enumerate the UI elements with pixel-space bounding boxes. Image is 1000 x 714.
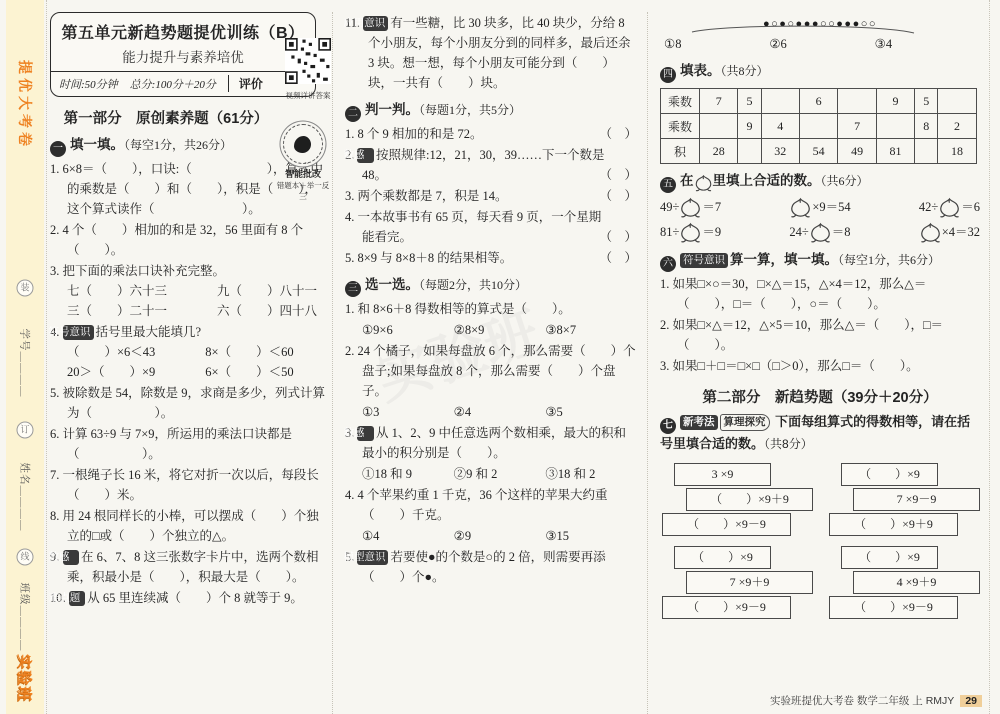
choice-1: 1. 和 8×6＋8 得数相等的算式是（ ）。 (345, 299, 637, 319)
reasoning-badge: 算理探究 (720, 414, 770, 431)
peach-icon (694, 174, 713, 192)
table-row: 积 283254498118 (661, 139, 977, 164)
section6-number-icon: 六 (660, 256, 676, 272)
choice-5-options: ①8②6③4 (660, 34, 980, 54)
equation-box: 7 ×9－9 (853, 488, 980, 511)
equation-box: （ ）×9－9 (662, 596, 791, 619)
qr-caption: 视频详讲答案 (284, 90, 332, 101)
peach-equation-row: 81÷＝9 24÷＝8 ×4＝32 (660, 222, 980, 243)
equation: 42÷＝6 (919, 197, 980, 218)
column-3: ●○●○●●●○○●●●○○ ①8②6③4 四填表。（共8分） 乘数 75695… (647, 12, 986, 714)
peach-icon (919, 222, 942, 243)
answer-paren: （ ） (599, 165, 637, 185)
choice-3-options: ①18 和 9②9 和 2③18 和 2 (345, 464, 637, 484)
problem-1-10: 10. 难点题从 65 里连续减（ ）个 8 就等于 9。 (50, 588, 326, 608)
class-field: 班级＿＿＿＿ (18, 583, 33, 652)
equation-box: （ ）×9－9 (662, 513, 791, 536)
student-id-field: 学号＿＿＿＿ (18, 329, 33, 398)
qr-block: 视频详讲答案 (284, 38, 332, 101)
stamp-icon (283, 124, 323, 164)
competency-badge: 数感 (357, 148, 374, 163)
section1-number-icon: 一 (50, 141, 66, 157)
time-limit: 时间:50分钟 (59, 76, 118, 92)
competency-badge: 数感 (357, 426, 374, 441)
equation-box: （ ）×9＋9 (686, 488, 813, 511)
footer-text: 实验班提优大考卷 数学二年级 上 RMJY (770, 695, 954, 707)
section3-number-icon: 三 (345, 281, 361, 297)
section3-heading: 三选一选。（每题2分，共10分） (345, 273, 637, 297)
equation: ×4＝32 (919, 222, 980, 243)
column-2: 实验班 11. 应用意识有一些糖，比 30 块多，比 40 块少，分给 8 个小… (332, 12, 647, 714)
content-area: 第五单元新趋势题提优训练（B） 能力提升与素养培优 时间:50分钟 总分:100… (48, 0, 986, 714)
box-group-1: 3 ×9 （ ）×9＋9 （ ）×9－9 (660, 461, 813, 536)
equation-box: （ ）×9 (674, 546, 771, 569)
part1-heading: 第一部分 原创素养题（61分） (50, 107, 282, 128)
qr-code-icon (285, 38, 331, 84)
answer-paren: （ ） (599, 186, 637, 206)
section5-number-icon: 五 (660, 177, 676, 193)
competency-badge: 应用意识 (363, 16, 388, 31)
equation-box: 4 ×9＋9 (853, 571, 980, 594)
peach-icon (679, 222, 702, 243)
symbol-2: 2. 如果□×△＝12，△×5＝10，那么△＝（ ），□＝（ ）。 (660, 315, 980, 355)
peach-icon (938, 197, 961, 218)
section4-heading: 四填表。（共8分） (660, 59, 980, 83)
equation-box: 3 ×9 (674, 463, 771, 486)
section2-heading: 二判一判。（每题1分，共5分） (345, 98, 637, 122)
choice-2-options: ①3②4③5 (345, 402, 637, 422)
worksheet-page: 提优大考卷 装 学号＿＿＿＿ 订 姓名＿＿＿＿ 线 班级＿＿＿＿ 实验班 第五单… (0, 0, 1000, 714)
problem-1-6: 6. 计算 63÷9 与 7×9，所运用的乘法口诀都是（ ）。 (50, 424, 326, 464)
judge-3: 3. 两个乘数都是 7，积是 14。（ ） (345, 186, 637, 206)
peach-icon (679, 197, 702, 218)
problem-1-7: 7. 一根绳子长 16 米，将它对折一次以后，每段长（ ）米。 (50, 465, 326, 505)
table-row: 乘数 94782 (661, 114, 977, 139)
section6-heading: 六符号意识算一算，填一填。（每空1分，共6分） (660, 248, 980, 272)
peach-icon (789, 197, 812, 218)
problem-1-11: 11. 应用意识有一些糖，比 30 块多，比 40 块少，分给 8 个小朋友，每… (345, 13, 637, 93)
cut-line (989, 0, 990, 714)
equation: 81÷＝9 (660, 222, 721, 243)
judge-1: 1. 8 个 9 相加的和是 72。（ ） (345, 124, 637, 144)
total-score: 总分:100分＋20分 (130, 76, 216, 92)
box-group-2: （ ）×9 7 ×9－9 （ ）×9＋9 (827, 461, 980, 536)
page-number: 29 (960, 695, 982, 707)
peach-icon (809, 222, 832, 243)
competency-badge: 符号意识 (63, 325, 94, 340)
equation: ×9＝54 (789, 197, 850, 218)
symbol-3: 3. 如果□＋□＝□×□（□＞0），那么□＝（ ）。 (660, 356, 980, 376)
seal-subtitle: 错题本＋举一反三 (274, 180, 332, 202)
problem-1-5: 5. 被除数是 54，除数是 9，求商是多少，列式计算为（ ）。 (50, 383, 326, 423)
choice-1-options: ①9×6②8×9③8×7 (345, 320, 637, 340)
choice-2: 2. 24 个橘子，如果每盘放 6 个，那么需要（ ）个盘子;如果每盘放 8 个… (345, 341, 637, 401)
equation-box: （ ）×9－9 (829, 596, 958, 619)
symbol-1: 1. 如果□×○＝30，□×△＝15，△×4＝12，那么△＝（ ），□＝（ ），… (660, 274, 980, 314)
equation-box-groups: 3 ×9 （ ）×9＋9 （ ）×9－9 （ ）×9 7 ×9－9 （ ）×9＋… (660, 461, 980, 619)
problem-1-9: 9. 数感在 6、7、8 这三张数字卡片中，选两个数相乘，积最小是（ ），积最大… (50, 547, 326, 587)
competency-badge: 符号意识 (680, 253, 728, 268)
section7-heading: 七新考法算理探究 下面每组算式的得数相等，请在括号里填合适的数。（共8分） (660, 412, 980, 455)
peach-equation-row: 49÷＝7 ×9＝54 42÷＝6 (660, 197, 980, 218)
multiplication-table: 乘数 75695 乘数 94782 积 283254498118 (660, 88, 977, 164)
binding-mark-xian: 线 (17, 549, 34, 566)
problem-1-8: 8. 用 24 根同样长的小棒，可以摆成（ ）个独立的□或（ ）个独立的△。 (50, 506, 326, 546)
answer-paren: （ ） (599, 227, 637, 247)
choice-3: 3. 数感从 1、2、9 中任意选两个数相乘，最大的积和最小的积分别是（ ）。 (345, 423, 637, 463)
brace-curve (688, 23, 918, 35)
competency-badge: 难点题 (69, 591, 86, 606)
equation-box: （ ）×9 (841, 463, 938, 486)
binding-mark-ding: 订 (17, 422, 34, 439)
equation: 49÷＝7 (660, 197, 721, 218)
box-group-4: （ ）×9 4 ×9＋9 （ ）×9－9 (827, 544, 980, 619)
column-1: 第五单元新趋势题提优训练（B） 能力提升与素养培优 时间:50分钟 总分:100… (48, 12, 332, 714)
problem-1-3: 3. 把下面的乘法口诀补充完整。 七（ ）六十三 九（ ）八十一 三（ ）二十一… (50, 261, 326, 321)
new-method-badge: 新考法 (680, 415, 718, 430)
unit-subtitle: 能力提升与素养培优 (57, 46, 309, 66)
table-row: 乘数 75695 (661, 89, 977, 114)
binding-mark-zhuang: 装 (17, 280, 34, 297)
section7-number-icon: 七 (660, 418, 676, 434)
dot-pattern-figure: ●○●○●●●○○●●●○○ (660, 14, 980, 34)
problem-1-2: 2. 4 个（ ）相加的和是 32，56 里面有 8 个（ ）。 (50, 220, 326, 260)
series-label: 提优大考卷 (15, 60, 35, 150)
section2-number-icon: 二 (345, 106, 361, 122)
answer-paren: （ ） (599, 124, 637, 144)
seal-block: 智能批改 错题本＋举一反三 (274, 124, 332, 202)
answer-paren: （ ） (599, 248, 637, 268)
fold-line (46, 0, 47, 714)
title-box: 第五单元新趋势题提优训练（B） 能力提升与素养培优 时间:50分钟 总分:100… (50, 12, 316, 97)
part2-heading: 第二部分 新趋势题（39分＋20分） (660, 386, 980, 407)
evaluation-label: 评价 (228, 75, 263, 92)
student-name-field: 姓名＿＿＿＿ (18, 463, 33, 532)
choice-4: 4. 4 个苹果约重 1 千克，36 个这样的苹果大约重（ ）千克。 (345, 485, 637, 525)
seal-title: 智能批改 (274, 167, 332, 180)
equation-box: （ ）×9＋9 (829, 513, 958, 536)
judge-2: 2. 数感按照规律:12，21，30，39……下一个数是 48。（ ） (345, 145, 637, 185)
equation-box: 7 ×9＋9 (686, 571, 813, 594)
page-footer: 实验班提优大考卷 数学二年级 上 RMJY29 (770, 693, 982, 708)
judge-4: 4. 一本故事书有 65 页，每天看 9 页，一个星期能看完。（ ） (345, 207, 637, 247)
problem-1-4: 4. 符号意识括号里最大能填几? （ ）×6＜43 8×（ ）＜60 20＞（ … (50, 322, 326, 382)
test-meta: 时间:50分钟 总分:100分＋20分 评价 (51, 71, 315, 96)
judge-5: 5. 8×9 与 8×8＋8 的结果相等。（ ） (345, 248, 637, 268)
competency-badge: 模型意识 (357, 550, 388, 565)
unit-title: 第五单元新趋势题提优训练（B） (57, 20, 309, 43)
brand-logo: 实验班 (15, 654, 36, 702)
equation-box: （ ）×9 (841, 546, 938, 569)
equation: 24÷＝8 (789, 222, 850, 243)
section5-heading: 五在里填上合适的数。（共6分） (660, 169, 980, 193)
section4-number-icon: 四 (660, 67, 676, 83)
choice-4-options: ①4②9③15 (345, 526, 637, 546)
competency-badge: 数感 (63, 550, 80, 565)
box-group-3: （ ）×9 7 ×9＋9 （ ）×9－9 (660, 544, 813, 619)
choice-5: 5. 模型意识若要使●的个数是○的 2 倍，则需要再添（ ）个●。 (345, 547, 637, 587)
binding-sidebar: 提优大考卷 装 学号＿＿＿＿ 订 姓名＿＿＿＿ 线 班级＿＿＿＿ 实验班 (6, 0, 44, 714)
